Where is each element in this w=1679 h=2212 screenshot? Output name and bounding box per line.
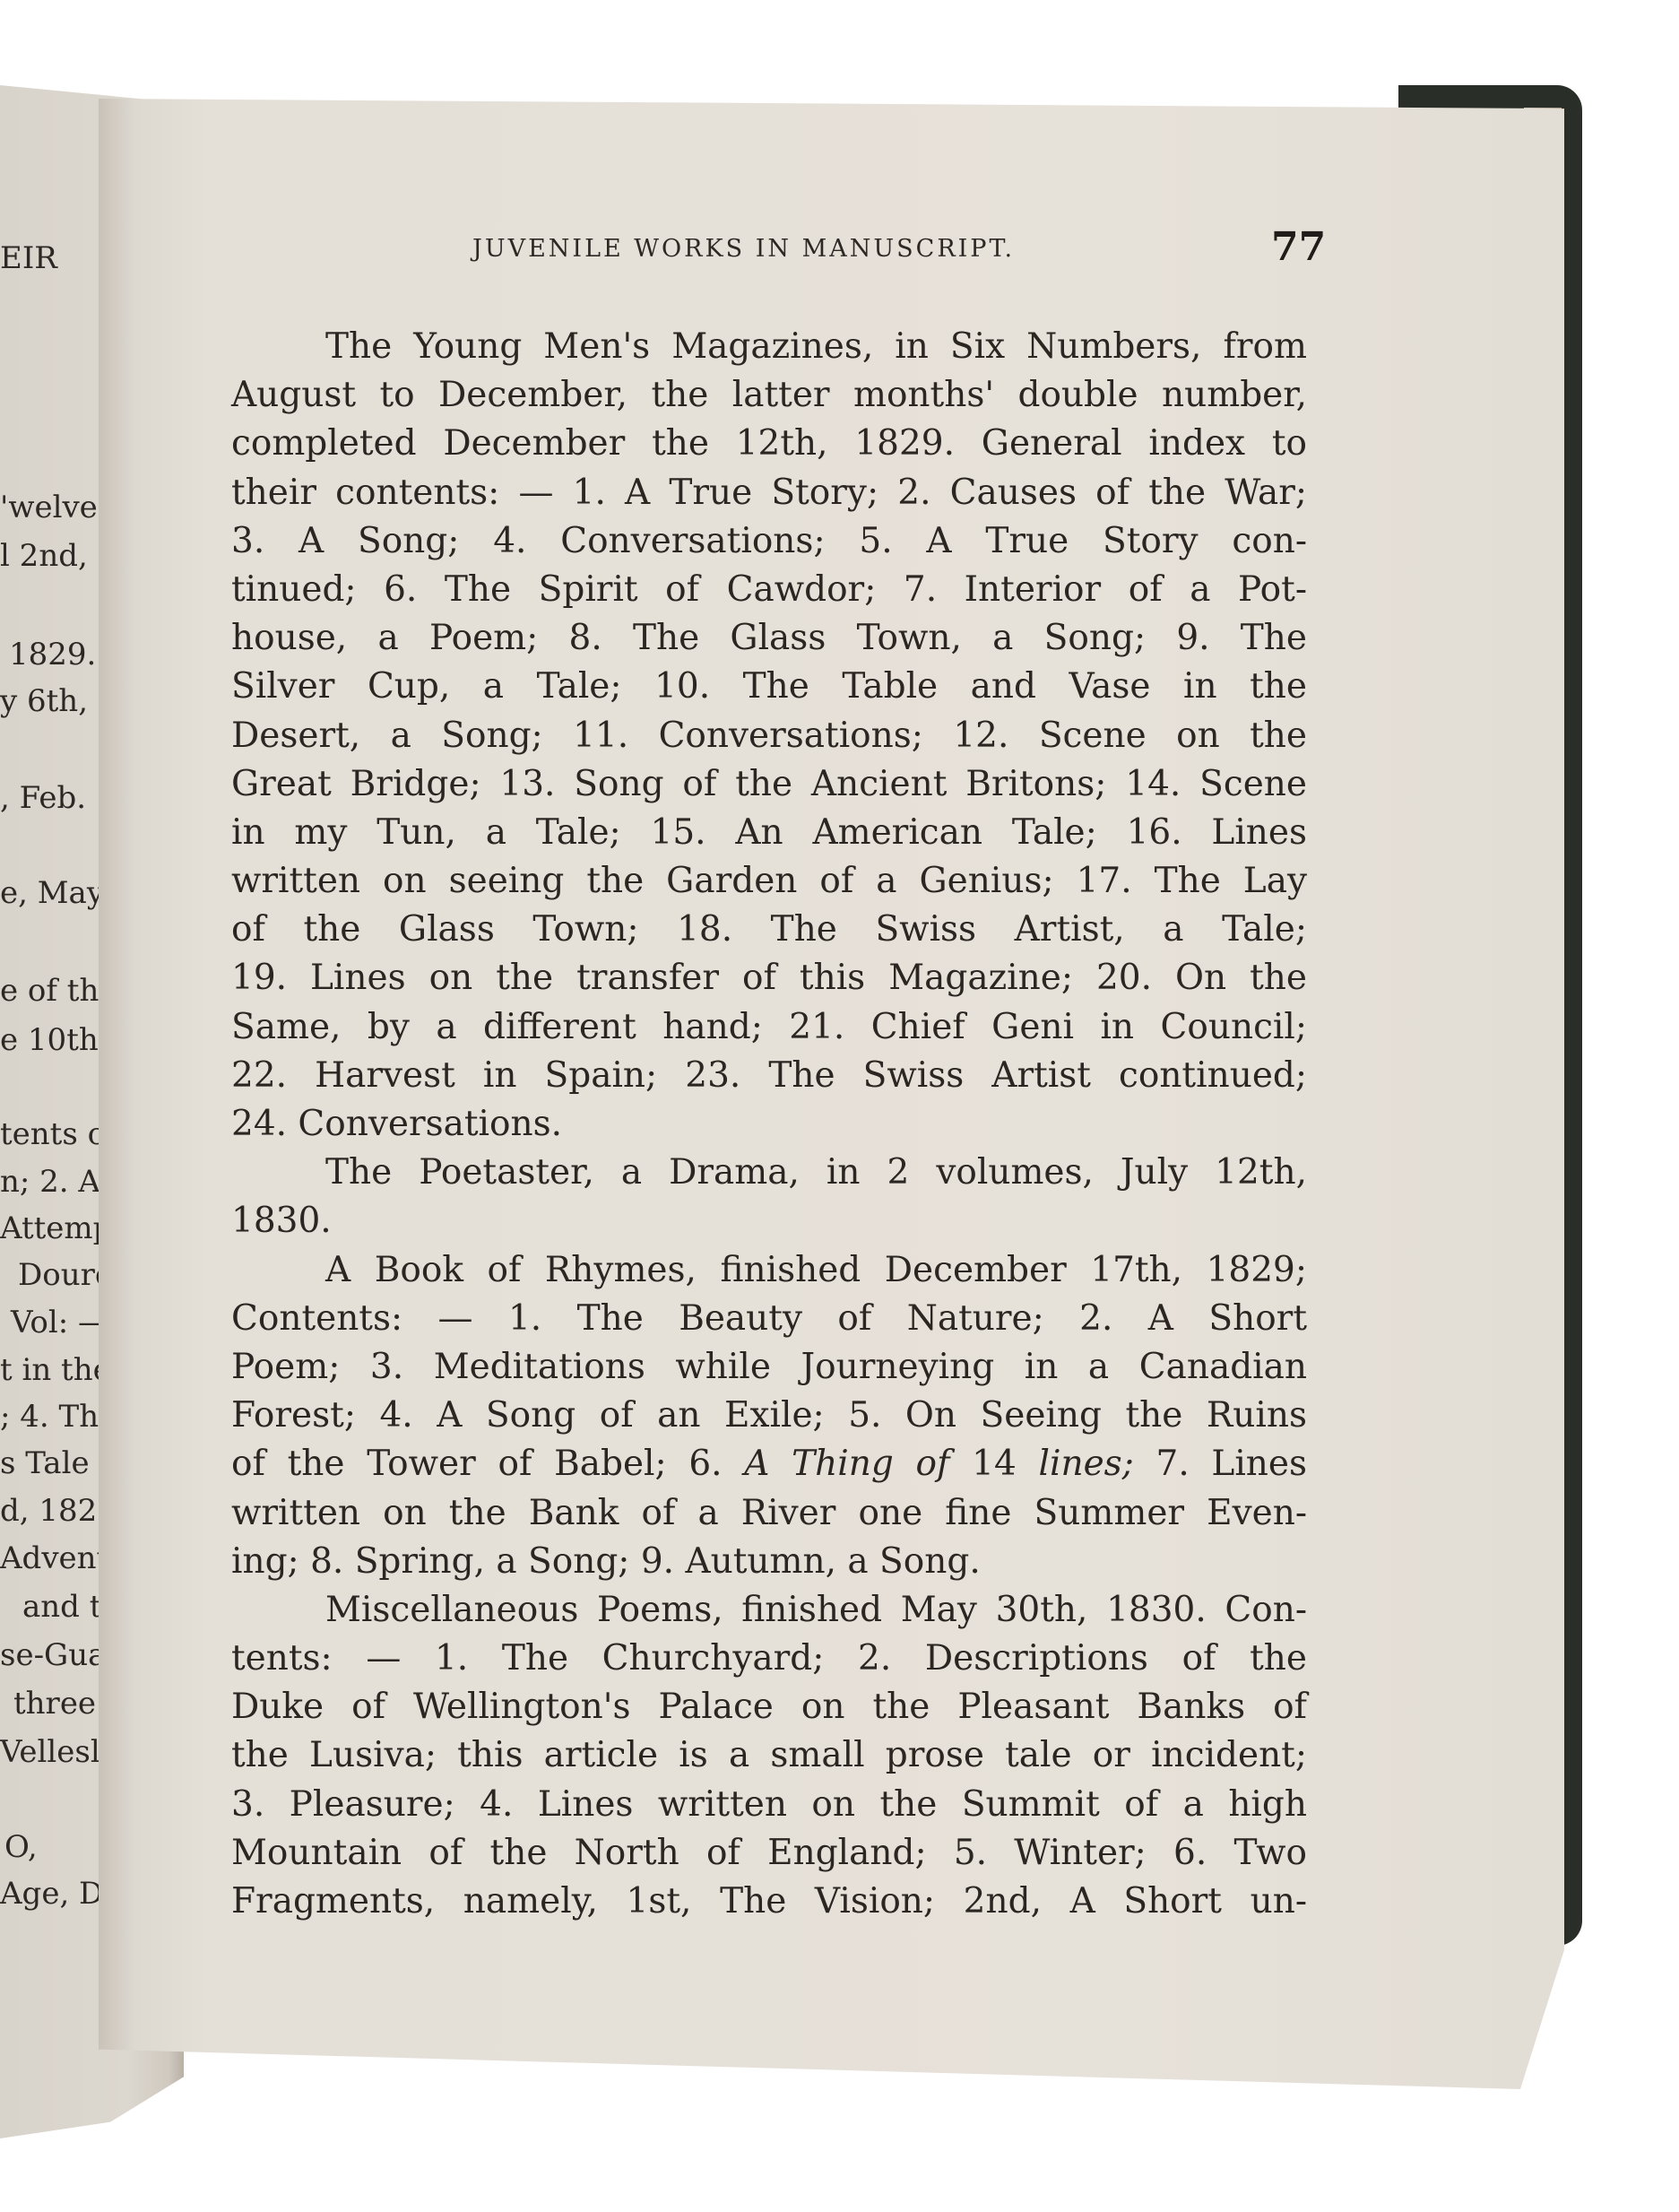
- page-number: 77: [1271, 224, 1326, 270]
- left-page-text-fragment: t in the: [0, 1352, 111, 1388]
- text-line: 24. Conversations.: [231, 1100, 1307, 1149]
- left-page-text-fragment: Vol: —: [11, 1305, 108, 1340]
- text-line: Miscellaneous Poems, finished May 30th, …: [231, 1586, 1307, 1635]
- text-line: Great Bridge; 13. Song of the Ancient Br…: [231, 760, 1307, 809]
- page-body: The Young Men's Magazines, in Six Number…: [231, 323, 1307, 1926]
- left-page-text-fragment: EIR: [0, 240, 57, 276]
- text-run: of the Tower of Babel; 6.: [231, 1444, 744, 1484]
- text-line: ing; 8. Spring, a Song; 9. Autumn, a Son…: [231, 1538, 1307, 1586]
- text-line: their contents: — 1. A True Story; 2. Ca…: [231, 469, 1307, 517]
- running-header: JUVENILE WORKS IN MANUSCRIPT.: [472, 235, 1015, 263]
- text-line: completed December the 12th, 1829. Gener…: [231, 420, 1307, 468]
- text-run: lines;: [1039, 1444, 1134, 1484]
- left-page-text-fragment: l 2nd,: [0, 538, 88, 574]
- left-page-text-fragment: 1829.: [9, 637, 96, 672]
- left-page-text-fragment: e 10th,: [0, 1022, 108, 1058]
- text-line: tents: — 1. The Churchyard; 2. Descripti…: [231, 1635, 1307, 1683]
- text-line: of the Glass Town; 18. The Swiss Artist,…: [231, 906, 1307, 954]
- text-line: written on seeing the Garden of a Genius…: [231, 857, 1307, 906]
- left-page-text-fragment: y 6th,: [0, 683, 88, 719]
- left-page-text-fragment: , Feb.: [0, 780, 86, 816]
- text-line: the Lusiva; this article is a small pros…: [231, 1731, 1307, 1780]
- text-line: house, a Poem; 8. The Glass Town, a Song…: [231, 614, 1307, 663]
- text-line: 19. Lines on the transfer of this Magazi…: [231, 954, 1307, 1002]
- text-line: Poem; 3. Meditations while Journeying in…: [231, 1343, 1307, 1392]
- text-line: in my Tun, a Tale; 15. An American Tale;…: [231, 809, 1307, 857]
- text-line: Contents: — 1. The Beauty of Nature; 2. …: [231, 1295, 1307, 1343]
- left-page-text-fragment: O,: [4, 1829, 38, 1865]
- text-line: Duke of Wellington's Palace on the Pleas…: [231, 1683, 1307, 1731]
- left-page-text-fragment: e, May: [0, 875, 104, 911]
- text-run: 14: [949, 1444, 1038, 1484]
- text-line: Fragments, namely, 1st, The Vision; 2nd,…: [231, 1878, 1307, 1926]
- text-line: Same, by a different hand; 21. Chief Gen…: [231, 1003, 1307, 1052]
- text-line: 3. A Song; 4. Conversations; 5. A True S…: [231, 517, 1307, 566]
- text-line: 22. Harvest in Spain; 23. The Swiss Arti…: [231, 1052, 1307, 1100]
- text-line: 1830.: [231, 1197, 1307, 1245]
- text-line: Silver Cup, a Tale; 10. The Table and Va…: [231, 663, 1307, 711]
- text-line: The Poetaster, a Drama, in 2 volumes, Ju…: [231, 1149, 1307, 1197]
- text-line: A Book of Rhymes, finished December 17th…: [231, 1246, 1307, 1295]
- text-line: Desert, a Song; 11. Conversations; 12. S…: [231, 712, 1307, 760]
- text-line: of the Tower of Babel; 6. A Thing of 14 …: [231, 1440, 1307, 1488]
- left-page-text-fragment: n; 2. A: [0, 1164, 100, 1200]
- left-page-text-fragment: 'welve: [0, 490, 98, 525]
- text-run: A Thing of: [744, 1444, 949, 1484]
- text-line: August to December, the latter months' d…: [231, 371, 1307, 420]
- text-line: 3. Pleasure; 4. Lines written on the Sum…: [231, 1781, 1307, 1829]
- text-line: Mountain of the North of England; 5. Win…: [231, 1829, 1307, 1878]
- text-run: 7. Lines: [1134, 1444, 1307, 1484]
- text-line: Forest; 4. A Song of an Exile; 5. On See…: [231, 1392, 1307, 1440]
- text-line: The Young Men's Magazines, in Six Number…: [231, 323, 1307, 371]
- text-line: tinued; 6. The Spirit of Cawdor; 7. Inte…: [231, 566, 1307, 614]
- text-line: written on the Bank of a River one fine …: [231, 1489, 1307, 1538]
